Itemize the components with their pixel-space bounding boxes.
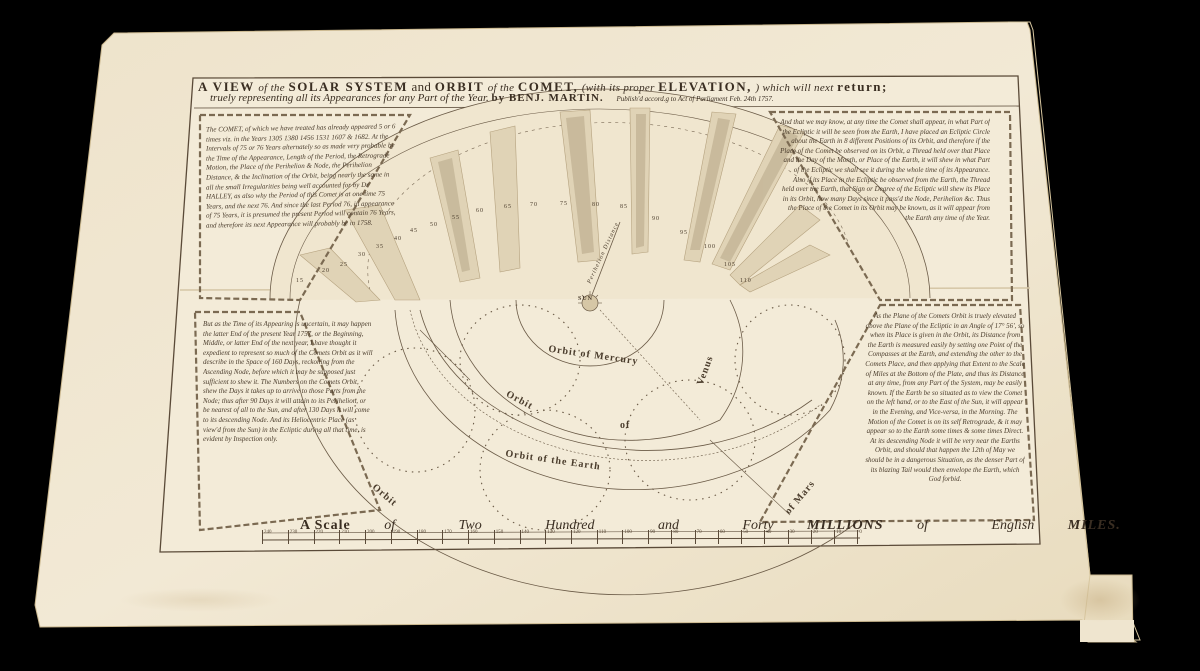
- degree-label: 15: [296, 278, 304, 284]
- cartouche-text: And that we may know, at any time the Co…: [780, 118, 990, 222]
- degree-label: 105: [724, 262, 736, 268]
- degree-label: 50: [430, 222, 438, 228]
- print-title-line-2: truely representing all its Appearances …: [210, 92, 930, 104]
- scale-tick: 160: [468, 530, 478, 544]
- scale-tick: 70: [695, 530, 702, 544]
- degree-label: 45: [410, 228, 418, 234]
- scale-tick: 60: [718, 530, 725, 544]
- scale-tick: 10: [834, 530, 841, 544]
- degree-label: 100: [704, 244, 716, 250]
- scale-tick: 90: [648, 530, 655, 544]
- scale-tick: 110: [597, 530, 606, 544]
- cartouche-top-left: The COMET, of which we have treated has …: [206, 122, 396, 295]
- degree-label: 80: [592, 202, 600, 208]
- scale-tick: 130: [545, 530, 555, 544]
- scale-tick: 0: [857, 530, 862, 544]
- degree-label: 70: [530, 202, 538, 208]
- scale-tick: 170: [442, 530, 452, 544]
- venus-orbit-label-b: of: [620, 420, 630, 431]
- degree-label: 30: [358, 252, 366, 258]
- scale-word: MILES.: [1068, 518, 1121, 533]
- sun-label: SUN: [578, 296, 593, 302]
- print-photograph: A VIEW of the SOLAR SYSTEM and ORBIT of …: [0, 0, 1200, 671]
- degree-label: 65: [504, 204, 512, 210]
- cartouche-text: But as the Time of its Appearing is unce…: [203, 320, 373, 443]
- subtitle-text: truely representing all its Appearances …: [210, 92, 489, 104]
- scale-of-miles-bar: 240 230 220 210 200 190 180 170 160 150 …: [262, 530, 862, 544]
- scale-tick: 180: [417, 530, 427, 544]
- scale-tick: 240: [262, 530, 272, 544]
- scale-tick: 220: [314, 530, 324, 544]
- scale-tick: 120: [571, 530, 581, 544]
- scale-tick: 210: [339, 530, 349, 544]
- cartouche-bottom-left: But as the Time of its Appearing is unce…: [203, 320, 373, 515]
- scale-tick: 80: [671, 530, 678, 544]
- degree-label: 85: [620, 204, 628, 210]
- scale-tick: 40: [764, 530, 771, 544]
- degree-label: 35: [376, 244, 384, 250]
- scale-tick: 140: [520, 530, 530, 544]
- scale-tick: 200: [365, 530, 375, 544]
- publication-line: Publish'd accord.g to Act of Parliament …: [616, 95, 773, 103]
- cartouche-text: The COMET, of which we have treated has …: [206, 122, 396, 229]
- degree-label: 55: [452, 215, 460, 221]
- scale-tick: 30: [788, 530, 795, 544]
- degree-label: 20: [322, 268, 330, 274]
- degree-label: 60: [476, 208, 484, 214]
- scale-tick: 230: [288, 530, 298, 544]
- cartouche-bottom-right: As the Plane of the Comets Orbit is true…: [865, 312, 1025, 512]
- scale-word: English: [991, 518, 1034, 533]
- degree-label: 110: [740, 278, 752, 284]
- scale-tick: 100: [622, 530, 632, 544]
- author-credit: by BENJ. MARTIN.: [492, 92, 604, 104]
- degree-label: 90: [652, 216, 660, 222]
- scale-tick: 50: [741, 530, 748, 544]
- degree-label: 75: [560, 201, 568, 207]
- degree-label: 40: [394, 236, 402, 242]
- scale-tick: 190: [391, 530, 401, 544]
- scale-word: of: [917, 518, 928, 533]
- degree-label: 95: [680, 230, 688, 236]
- cartouche-top-right: And that we may know, at any time the Co…: [780, 118, 990, 288]
- degree-label: 25: [340, 262, 348, 268]
- cartouche-text: As the Plane of the Comets Orbit is true…: [865, 312, 1024, 483]
- scale-tick: 150: [494, 530, 504, 544]
- scale-tick: 20: [811, 530, 818, 544]
